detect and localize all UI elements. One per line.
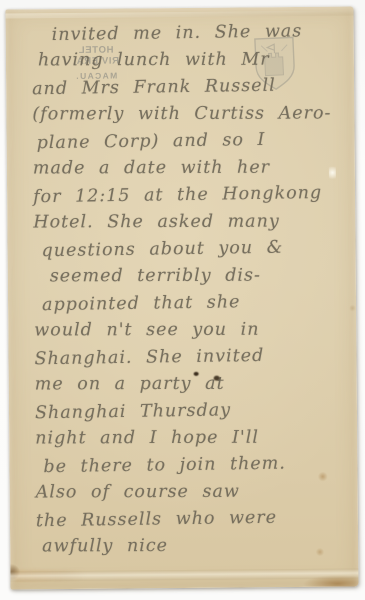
handwriting-line: night and I hope I'll (35, 424, 353, 452)
photo-background: HOTEL RIVIERA, MACAU. invited me in. She… (0, 0, 365, 600)
handwriting-line: questions about you & (41, 234, 351, 266)
handwriting-line: plane Corp) and so I (36, 126, 350, 158)
handwriting-line: invited me in. She was (52, 18, 350, 49)
handwriting-line: seemed terribly dis- (50, 262, 352, 290)
handwriting-line: having lunch with Mr (38, 46, 350, 74)
handwriting-line: Shanghai. She invited (34, 342, 352, 374)
handwriting-line: be there to join them. (43, 450, 353, 482)
handwriting-line: (formerly with Curtiss Aero- (32, 100, 350, 128)
handwriting-line: made a date with her (33, 154, 351, 182)
letter-body: invited me in. She was having lunch with… (32, 19, 355, 590)
handwriting-line: the Russells who were (36, 504, 354, 536)
handwriting-line: Hotel. She asked many (33, 208, 351, 236)
handwriting-line: Shanghai Thursday (35, 396, 353, 428)
letter-page: HOTEL RIVIERA, MACAU. invited me in. She… (5, 6, 358, 589)
handwriting-line: would n't see you in (34, 316, 352, 344)
handwriting-line: awfully nice (42, 532, 354, 560)
handwriting-line: and Mrs Frank Russell (32, 72, 350, 104)
handwriting-line: appointed that she (42, 288, 352, 320)
handwriting-line: Also of course saw (36, 478, 354, 506)
handwriting-line: for 12:15 at the Hongkong (33, 180, 351, 212)
handwriting-line: me on a party at (35, 370, 353, 398)
